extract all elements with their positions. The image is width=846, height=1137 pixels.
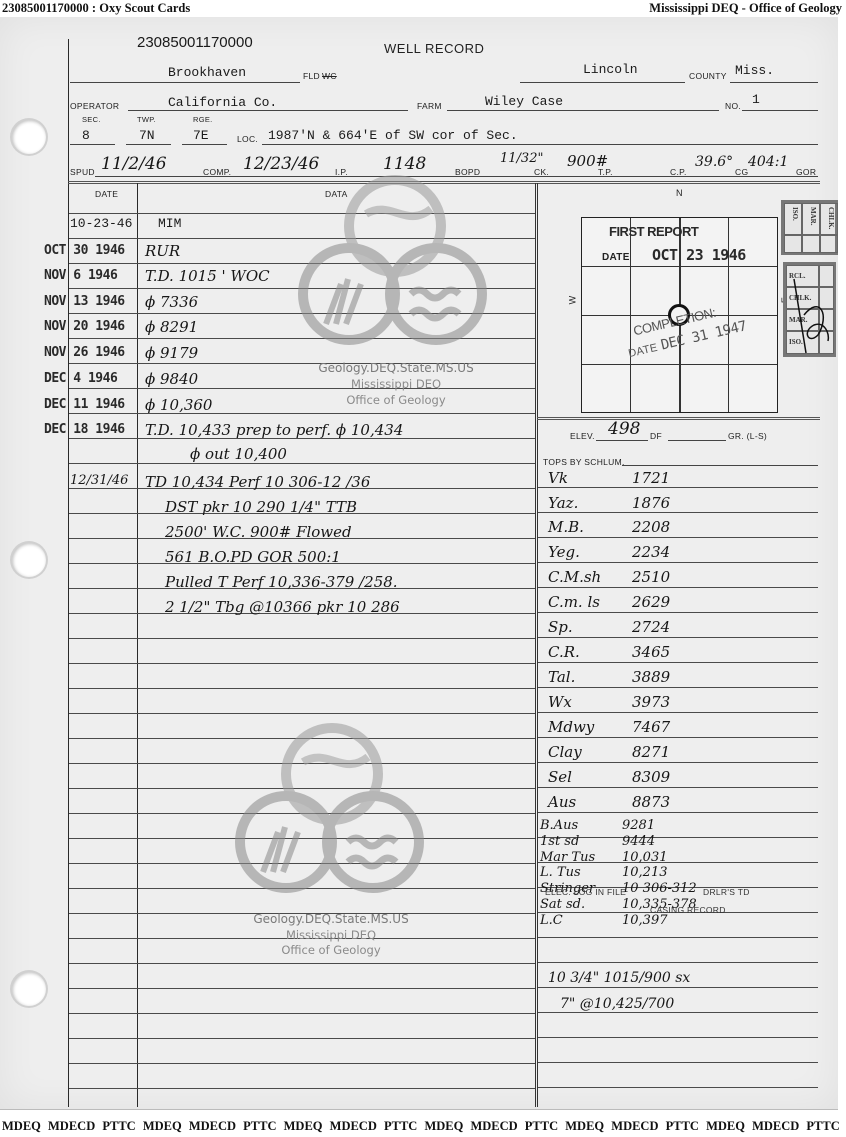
ruled-line [538, 662, 818, 663]
loc-underline [262, 144, 818, 145]
log-entry-text: 2500' W.C. 900# Flowed [165, 523, 352, 541]
ruled-line [538, 812, 818, 813]
ruled-line [538, 1012, 818, 1013]
ruled-line [69, 238, 535, 239]
twp-underline [126, 144, 171, 145]
formation-name: L.C [540, 913, 563, 928]
choke-value: 11/32" [500, 151, 543, 166]
ruled-line [69, 763, 535, 764]
gr-label: GR. (L-S) [728, 431, 767, 441]
county-value: Lincoln [583, 62, 638, 77]
log-entry-date: DEC 4 1946 [44, 371, 117, 386]
farm-label: FARM [417, 101, 442, 111]
field-label: FLD [303, 71, 320, 81]
punch-hole [12, 972, 46, 1006]
formation-depth: 1721 [632, 469, 670, 487]
formation-name: C.m. ls [548, 593, 600, 611]
ruled-line [69, 788, 535, 789]
log-entry-text: ϕ 9840 [145, 370, 198, 388]
rge-value: 7E [193, 128, 209, 143]
ruled-line [69, 413, 535, 414]
log-entry-text: TD 10,434 Perf 10 306-12 /36 [145, 473, 370, 491]
formation-depth: 10,397 [622, 913, 668, 928]
date-column-divider [137, 183, 138, 1107]
sec-label: SEC. [82, 115, 101, 124]
formation-depth: 8309 [632, 768, 670, 786]
ruled-line [538, 987, 818, 988]
formation-depth: 3465 [632, 643, 670, 661]
operator-underline [128, 110, 408, 111]
formation-depth: 2234 [632, 543, 670, 561]
ruled-line [69, 663, 535, 664]
well-number: 1 [752, 92, 760, 107]
ruled-line [69, 813, 535, 814]
ruled-line [538, 1087, 818, 1088]
formation-name: Wx [548, 693, 572, 711]
formation-depth: 2510 [632, 568, 670, 586]
ruled-line [538, 537, 818, 538]
log-entry-text: 2 1/2" Tbg @10366 pkr 10 286 [165, 598, 400, 616]
log-entry-text: RUR [145, 242, 180, 260]
log-entry-text: T.D. 10,433 prep to perf. ϕ 10,434 [145, 421, 403, 439]
date-column-header: DATE [95, 189, 118, 199]
initials-signature-icon [790, 275, 834, 355]
ruled-line [69, 1038, 535, 1039]
elevation-value: 498 [608, 419, 640, 439]
elev-label: ELEV. [570, 431, 595, 441]
log-entry-date: DEC 18 1946 [44, 422, 125, 437]
formation-name: Sat sd. [540, 897, 585, 912]
formation-name: Yeg. [548, 543, 580, 561]
ruled-line [69, 463, 535, 464]
ruled-line [538, 687, 818, 688]
formation-depth: 10 306-312 [622, 881, 697, 896]
ruled-line [538, 712, 818, 713]
formation-name: Clay [548, 743, 582, 761]
ruled-line [538, 962, 818, 963]
approval-box-bottom: RCL. CHLK. MAR. ISO. [783, 262, 836, 357]
formation-depth: 8873 [632, 793, 670, 811]
watermark-url: Geology.DEQ.State.MS.US [301, 361, 491, 375]
ruled-line [69, 1063, 535, 1064]
ruled-line [538, 787, 818, 788]
log-entry-date: NOV 26 1946 [44, 345, 125, 360]
watermark-agency: Mississippi DEQ [236, 928, 426, 942]
ruled-line [69, 338, 535, 339]
watermark-office: Office of Geology [301, 393, 491, 407]
formation-name: Sel [548, 768, 572, 786]
elec-log-label: ELEC. LOG IN FILE [545, 887, 626, 897]
twp-label: TWP. [137, 115, 156, 124]
log-entry-date: NOV 20 1946 [44, 319, 125, 334]
formation-name: B.Aus [540, 818, 578, 833]
log-entry-date: DEC 11 1946 [44, 397, 125, 412]
spud-date: 11/2/46 [101, 154, 167, 174]
log-entry-text: T.D. 1015 ' WOC [145, 267, 270, 285]
watermark-url: Geology.DEQ.State.MS.US [236, 912, 426, 926]
elev-underline [596, 440, 648, 441]
casing-entry: 10 3/4" 1015/900 sx [548, 970, 690, 986]
punch-hole [12, 543, 46, 577]
formation-depth: 1876 [632, 494, 670, 512]
formation-name: Tal. [548, 668, 575, 686]
rge-underline [182, 144, 227, 145]
location-value: 1987'N & 664'E of SW cor of Sec. [268, 128, 518, 143]
api-number: 23085001170000 [137, 34, 253, 51]
spud-underline [95, 176, 818, 177]
ruled-line [538, 762, 818, 763]
df-underline [668, 440, 726, 441]
ruled-line [538, 737, 818, 738]
twp-value: 7N [139, 128, 155, 143]
ruled-line [69, 738, 535, 739]
ruled-line [538, 937, 818, 938]
formation-name: C.R. [548, 643, 580, 661]
spud-label: SPUD [70, 167, 95, 177]
log-entry-date: 10-23-46 [70, 216, 132, 231]
margin-line [68, 39, 69, 1107]
formation-name: M.B. [548, 518, 584, 536]
formation-depth: 10,031 [622, 850, 668, 865]
log-entry-text: ϕ out 10,400 [190, 445, 287, 463]
ruled-line [69, 213, 535, 214]
ruled-line [538, 1037, 818, 1038]
sec-value: 8 [82, 128, 90, 143]
ruled-line [538, 487, 818, 488]
formation-depth: 9444 [622, 834, 655, 849]
tops-label: TOPS BY SCHLUM. [543, 457, 625, 467]
ruled-line [69, 888, 535, 889]
log-entry-text: MIM [158, 216, 181, 231]
log-entry-text: Pulled T Perf 10,336-379 /258. [165, 573, 398, 591]
formation-name: Aus [548, 793, 576, 811]
footer-banner: MDEQ MDECD PTTC MDEQ MDECD PTTC MDEQ MDE… [0, 1115, 846, 1137]
formation-name: Mdwy [548, 718, 594, 736]
formation-depth: 2208 [632, 518, 670, 536]
completion-date-label: DATE [627, 342, 659, 360]
no-label: NO. [725, 101, 741, 111]
ruled-line [69, 688, 535, 689]
casing-entry: 7" @10,425/700 [560, 996, 674, 1012]
formation-depth: 2629 [632, 593, 670, 611]
log-entry-date: OCT 30 1946 [44, 243, 125, 258]
field-struck: WC [322, 71, 337, 81]
field-value: Brookhaven [168, 65, 246, 80]
ruled-line [538, 612, 818, 613]
formation-name: Yaz. [548, 494, 578, 512]
formation-name: C.M.sh [548, 568, 601, 586]
punch-hole [12, 120, 46, 154]
ruled-line [69, 1013, 535, 1014]
state-underline [730, 82, 818, 83]
first-report-date: OCT 23 1946 [652, 246, 746, 264]
map-bottom-divider [537, 417, 820, 420]
ruled-line [69, 313, 535, 314]
operator-label: OPERATOR [70, 101, 119, 111]
df-label: DF [650, 431, 662, 441]
location-plat-map: FIRST REPORT DATE OCT 23 1946 COMPLETION… [581, 217, 778, 413]
no-underline [742, 110, 818, 111]
ruled-line [538, 637, 818, 638]
formation-name: Vk [548, 469, 568, 487]
ip-value: 1148 [383, 154, 426, 174]
farm-underline [447, 110, 719, 111]
document-caption-right: Mississippi DEQ - Office of Geology [649, 0, 842, 17]
tops-underline [622, 465, 818, 466]
formation-depth: 3889 [632, 668, 670, 686]
gor-value: 404:1 [748, 154, 788, 170]
county-label: COUNTY [689, 71, 727, 81]
ruled-line [69, 638, 535, 639]
log-entry-date: NOV 13 1946 [44, 294, 125, 309]
checkbox-chlk[interactable]: CHLK. [820, 203, 838, 235]
watermark-office: Office of Geology [236, 943, 426, 957]
operator-value: California Co. [168, 95, 277, 110]
formation-depth: 10,213 [622, 865, 668, 880]
casing-record-label: CASING RECORD [650, 905, 726, 915]
log-entry-text: ϕ 7336 [145, 293, 198, 311]
ruled-line [538, 837, 818, 838]
log-entry-date: NOV 6 1946 [44, 268, 117, 283]
mdeq-logo-icon [296, 174, 496, 364]
data-column-divider [535, 183, 538, 1107]
formation-depth: 3973 [632, 693, 670, 711]
header-divider [68, 181, 820, 184]
log-entry-text: DST pkr 10 290 1/4" TTB [165, 498, 357, 516]
formation-name: L. Tus [540, 865, 581, 880]
watermark-agency: Mississippi DEQ [301, 377, 491, 391]
checkbox-iso[interactable]: ISO. [784, 203, 802, 235]
checkbox-iso-mark[interactable] [784, 235, 802, 253]
formation-depth: 8271 [632, 743, 670, 761]
completion-date: 12/23/46 [243, 154, 319, 174]
loc-label: LOC. [237, 134, 258, 144]
field-underline [70, 82, 300, 83]
ruled-line [69, 838, 535, 839]
sec-underline [70, 144, 115, 145]
ruled-line [69, 863, 535, 864]
document-caption-left: 23085001170000 : Oxy Scout Cards [2, 0, 190, 17]
ruled-line [538, 1062, 818, 1063]
log-entry-text: 561 B.O.PD GOR 500:1 [165, 548, 341, 566]
drillers-td-label: DRLR'S TD [703, 887, 750, 897]
card-title: WELL RECORD [384, 41, 484, 56]
county-underline [520, 82, 685, 83]
mdeq-logo-icon [233, 722, 433, 912]
ruled-line [69, 988, 535, 989]
log-entry-text: ϕ 10,360 [145, 396, 212, 414]
map-west-label: W [567, 296, 577, 305]
ruled-line [538, 562, 818, 563]
mdeq-watermark [296, 174, 496, 369]
ruled-line [69, 263, 535, 264]
rge-label: RGE. [193, 115, 213, 124]
ruled-line [538, 587, 818, 588]
first-report-stamp: FIRST REPORT [609, 224, 698, 239]
checkbox-mar[interactable]: MAR. [802, 203, 820, 235]
scout-card: 23085001170000 WELL RECORD Brookhaven FL… [0, 17, 838, 1110]
formation-name: 1st sd [540, 834, 579, 849]
ruled-line [538, 512, 818, 513]
state-value: Miss. [735, 63, 774, 78]
map-north-label: N [676, 188, 683, 198]
formation-depth: 2724 [632, 618, 670, 636]
checkbox-mar-mark[interactable] [802, 235, 820, 253]
log-entry-date: 12/31/46 [70, 473, 128, 488]
ruled-line [69, 1088, 535, 1089]
formation-name: Mar Tus [540, 850, 595, 865]
gravity-value: 39.6° [695, 154, 733, 170]
ruled-line [69, 963, 535, 964]
ruled-line [69, 288, 535, 289]
formation-depth: 7467 [632, 718, 670, 736]
formation-name: Sp. [548, 618, 573, 636]
first-report-date-label: DATE [602, 252, 630, 263]
formation-depth: 9281 [622, 818, 655, 833]
approval-box-top: ISO. MAR. CHLK. [781, 200, 838, 255]
farm-value: Wiley Case [485, 94, 563, 109]
ruled-line [69, 713, 535, 714]
checkbox-chlk-mark[interactable] [820, 235, 838, 253]
log-entry-text: ϕ 8291 [145, 318, 198, 336]
data-column-header: DATA [325, 189, 348, 199]
log-entry-text: ϕ 9179 [145, 344, 198, 362]
